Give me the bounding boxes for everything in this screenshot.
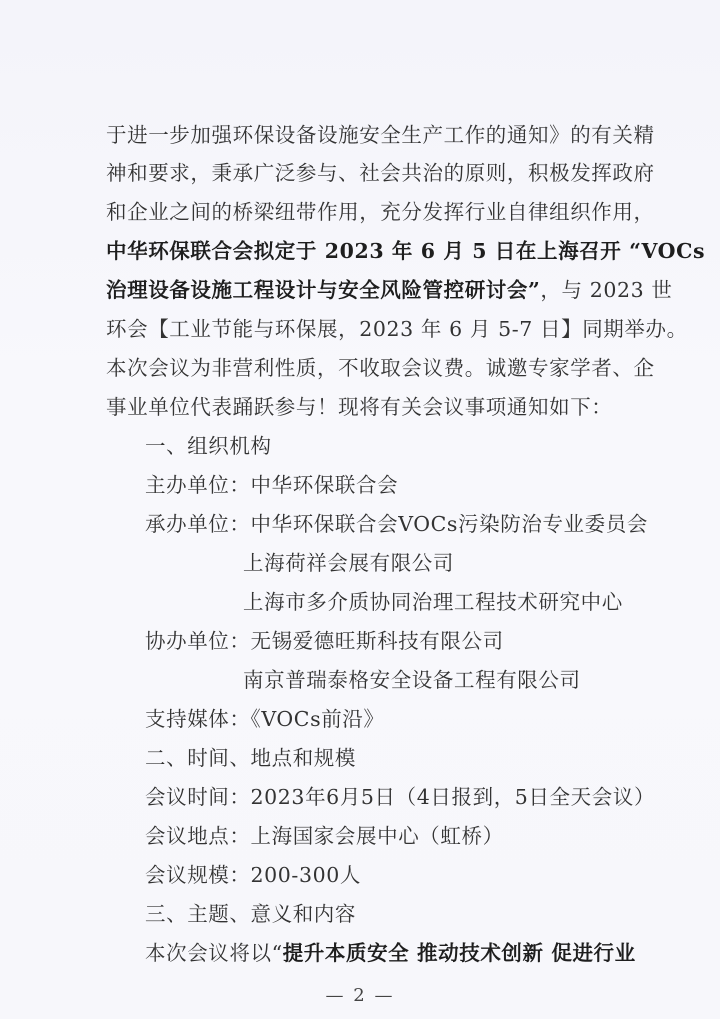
co-organizer-value: 无锡爱德旺斯科技有限公司	[251, 629, 504, 653]
scale-value: 200-300人	[251, 863, 361, 887]
media-label: 支持媒体：	[145, 707, 251, 731]
time-row: 会议时间：2023年6月5日（4日报到，5日全天会议）	[145, 783, 655, 811]
venue-label: 会议地点：	[145, 824, 251, 848]
section-heading-organization: 一、组织机构	[145, 432, 272, 460]
body-line: 事业单位代表踊跃参与！现将有关会议事项通知如下：	[106, 393, 612, 421]
document-page: 于进一步加强环保设备设施安全生产工作的通知》的有关精 神和要求，秉承广泛参与、社…	[0, 0, 720, 1019]
page-number: — 2 —	[0, 985, 720, 1006]
organizer-label: 承办单位：	[145, 512, 251, 536]
media-value: 《VOCs前沿》	[251, 707, 385, 731]
body-line-bold: 中华环保联合会拟定于 2023 年 6 月 5 日在上海召开 “VOCs	[106, 237, 705, 265]
host-label: 主办单位：	[145, 473, 251, 497]
organizer-row: 承办单位：中华环保联合会VOCs污染防治专业委员会	[145, 510, 648, 538]
body-line: 环会【工业节能与环保展，2023 年 6 月 5-7 日】同期举办。	[106, 315, 688, 343]
scale-row: 会议规模：200-300人	[145, 861, 361, 889]
time-label: 会议时间：	[145, 785, 251, 809]
body-line: 本次会议为非营利性质，不收取会议费。诚邀专家学者、企	[106, 354, 655, 382]
co-organizer-row: 协办单位：无锡爱德旺斯科技有限公司	[145, 627, 504, 655]
body-line-mixed: 治理设备设施工程设计与安全风险管控研讨会”，与 2023 世	[106, 276, 673, 304]
body-line: 神和要求，秉承广泛参与、社会共治的原则，积极发挥政府	[106, 159, 655, 187]
theme-intro-row: 本次会议将以“提升本质安全 推动技术创新 促进行业	[145, 939, 636, 967]
organizer-value: 中华环保联合会VOCs污染防治专业委员会	[251, 512, 648, 536]
section-heading-theme: 三、主题、意义和内容	[145, 900, 356, 928]
media-row: 支持媒体：《VOCs前沿》	[145, 705, 385, 733]
body-line: 和企业之间的桥梁纽带作用，充分发挥行业自律组织作用，	[106, 198, 655, 226]
organizer-value: 上海荷祥会展有限公司	[243, 549, 454, 577]
conference-title-tail: 治理设备设施工程设计与安全风险管控研讨会”	[106, 278, 540, 302]
co-organizer-value: 南京普瑞泰格安全设备工程有限公司	[243, 666, 581, 694]
venue-value: 上海国家会展中心（虹桥）	[251, 824, 504, 848]
theme-intro-text: 本次会议将以“	[145, 941, 283, 965]
host-row: 主办单位：中华环保联合会	[145, 471, 398, 499]
theme-slogan: 提升本质安全 推动技术创新 促进行业	[283, 941, 636, 965]
body-line: 于进一步加强环保设备设施安全生产工作的通知》的有关精	[106, 121, 655, 149]
host-value: 中华环保联合会	[251, 473, 399, 497]
section-heading-time-place: 二、时间、地点和规模	[145, 744, 356, 772]
time-value: 2023年6月5日（4日报到，5日全天会议）	[251, 785, 656, 809]
organizer-value: 上海市多介质协同治理工程技术研究中心	[243, 588, 623, 616]
co-organizer-label: 协办单位：	[145, 629, 251, 653]
body-text: ，与 2023 世	[540, 278, 672, 302]
scale-label: 会议规模：	[145, 863, 251, 887]
venue-row: 会议地点：上海国家会展中心（虹桥）	[145, 822, 504, 850]
